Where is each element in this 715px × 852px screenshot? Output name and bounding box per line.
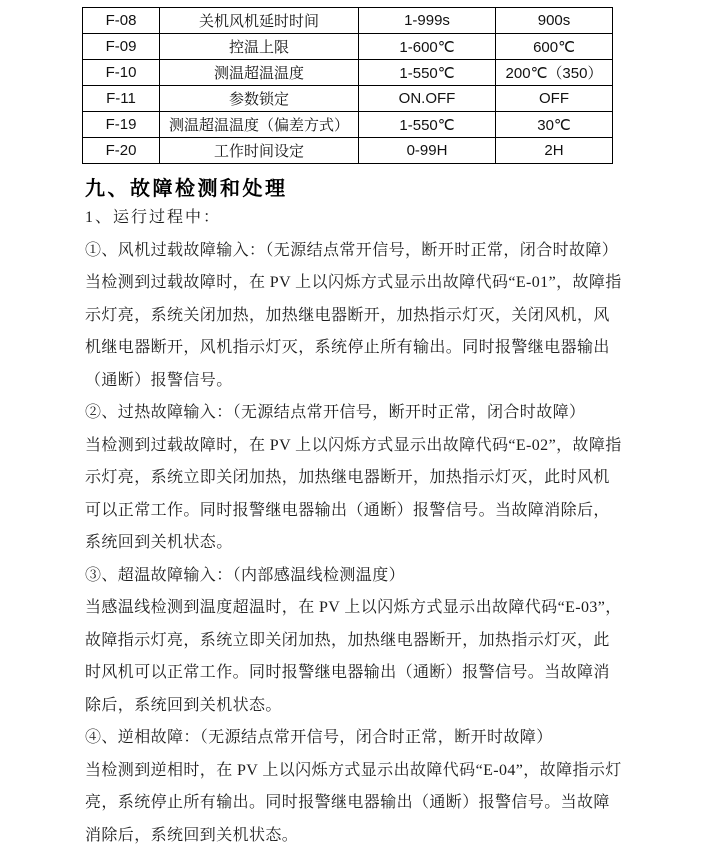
param-code: F-11: [83, 86, 160, 112]
param-default: 2H: [496, 138, 613, 164]
table-row-f19: F-19 测温超温温度（偏差方式） 1-550℃ 30℃: [83, 112, 613, 138]
param-name: 测温超温温度（偏差方式）: [160, 112, 359, 138]
param-name: 测温超温温度: [160, 60, 359, 86]
paragraph-line: 当检测到逆相时，在 PV 上以闪烁方式显示出故障代码“E-04”，故障指示灯: [85, 755, 645, 788]
paragraph-overtemp: ③、超温故障输入：（内部感温线检测温度） 当感温线检测到温度超温时，在 PV 上…: [85, 560, 645, 723]
table-row-f08: F-08 关机风机延时时间 1-999s 900s: [83, 8, 613, 34]
paragraph-line: （通断）报警信号。: [85, 365, 645, 398]
paragraph-line: 亮，系统停止所有输出。同时报警继电器输出（通断）报警信号。当故障: [85, 787, 645, 820]
section-body: 1、运行过程中： ①、风机过载故障输入：（无源结点常开信号，断开时正常，闭合时故…: [85, 202, 645, 852]
paragraph-line: 系统回到关机状态。: [85, 527, 645, 560]
table-row-f09: F-09 控温上限 1-600℃ 600℃: [83, 34, 613, 60]
paragraph-line: 当检测到过载故障时，在 PV 上以闪烁方式显示出故障代码“E-01”，故障指: [85, 267, 645, 300]
param-name: 工作时间设定: [160, 138, 359, 164]
param-default: 900s: [496, 8, 613, 34]
document-page: F-08 关机风机延时时间 1-999s 900s F-09 控温上限 1-60…: [0, 0, 715, 852]
paragraph-line: 时风机可以正常工作。同时报警继电器输出（通断）报警信号。当故障消: [85, 657, 645, 690]
param-range: 1-600℃: [359, 34, 496, 60]
paragraph-line: 当检测到过载故障时，在 PV 上以闪烁方式显示出故障代码“E-02”，故障指: [85, 430, 645, 463]
paragraph-line: ①、风机过载故障输入：（无源结点常开信号，断开时正常，闭合时故障）: [85, 235, 645, 268]
paragraph-line: 机继电器断开，风机指示灯灭，系统停止所有输出。同时报警继电器输出: [85, 332, 645, 365]
param-default: OFF: [496, 86, 613, 112]
param-default: 600℃: [496, 34, 613, 60]
paragraph-line: ④、逆相故障：（无源结点常开信号，闭合时正常，断开时故障）: [85, 722, 645, 755]
paragraph-line: 示灯亮，系统立即关闭加热，加热继电器断开，加热指示灯灭，此时风机: [85, 462, 645, 495]
subsection-heading: 1、运行过程中：: [85, 202, 645, 235]
paragraph-line: 可以正常工作。同时报警继电器输出（通断）报警信号。当故障消除后，: [85, 495, 645, 528]
param-range: 1-550℃: [359, 60, 496, 86]
paragraph-overheat: ②、过热故障输入：（无源结点常开信号，断开时正常，闭合时故障） 当检测到过载故障…: [85, 397, 645, 560]
paragraph-line: 示灯亮，系统关闭加热，加热继电器断开，加热指示灯灭，关闭风机，风: [85, 300, 645, 333]
param-code: F-08: [83, 8, 160, 34]
param-range: ON.OFF: [359, 86, 496, 112]
param-code: F-09: [83, 34, 160, 60]
param-range: 0-99H: [359, 138, 496, 164]
param-name: 参数锁定: [160, 86, 359, 112]
paragraph-line: 除后，系统回到关机状态。: [85, 690, 645, 723]
paragraph-line: 当感温线检测到温度超温时，在 PV 上以闪烁方式显示出故障代码“E-03”，: [85, 592, 645, 625]
paragraph-fan-overload: ①、风机过载故障输入：（无源结点常开信号，断开时正常，闭合时故障） 当检测到过载…: [85, 235, 645, 398]
param-name: 关机风机延时时间: [160, 8, 359, 34]
table-row-f10: F-10 测温超温温度 1-550℃ 200℃（350）: [83, 60, 613, 86]
section-heading: 九、故障检测和处理: [85, 172, 288, 201]
param-range: 1-550℃: [359, 112, 496, 138]
paragraph-line: 故障指示灯亮，系统立即关闭加热，加热继电器断开，加热指示灯灭，此: [85, 625, 645, 658]
param-code: F-10: [83, 60, 160, 86]
table-row-f20: F-20 工作时间设定 0-99H 2H: [83, 138, 613, 164]
paragraph-line: 消除后，系统回到关机状态。: [85, 820, 645, 852]
paragraph-line: ②、过热故障输入：（无源结点常开信号，断开时正常，闭合时故障）: [85, 397, 645, 430]
paragraph-line: ③、超温故障输入：（内部感温线检测温度）: [85, 560, 645, 593]
param-name: 控温上限: [160, 34, 359, 60]
param-code: F-20: [83, 138, 160, 164]
parameter-table: F-08 关机风机延时时间 1-999s 900s F-09 控温上限 1-60…: [82, 7, 613, 164]
table-row-f11: F-11 参数锁定 ON.OFF OFF: [83, 86, 613, 112]
param-code: F-19: [83, 112, 160, 138]
param-range: 1-999s: [359, 8, 496, 34]
param-default: 30℃: [496, 112, 613, 138]
param-default: 200℃（350）: [496, 60, 613, 86]
paragraph-reverse-phase: ④、逆相故障：（无源结点常开信号，闭合时正常，断开时故障） 当检测到逆相时，在 …: [85, 722, 645, 852]
